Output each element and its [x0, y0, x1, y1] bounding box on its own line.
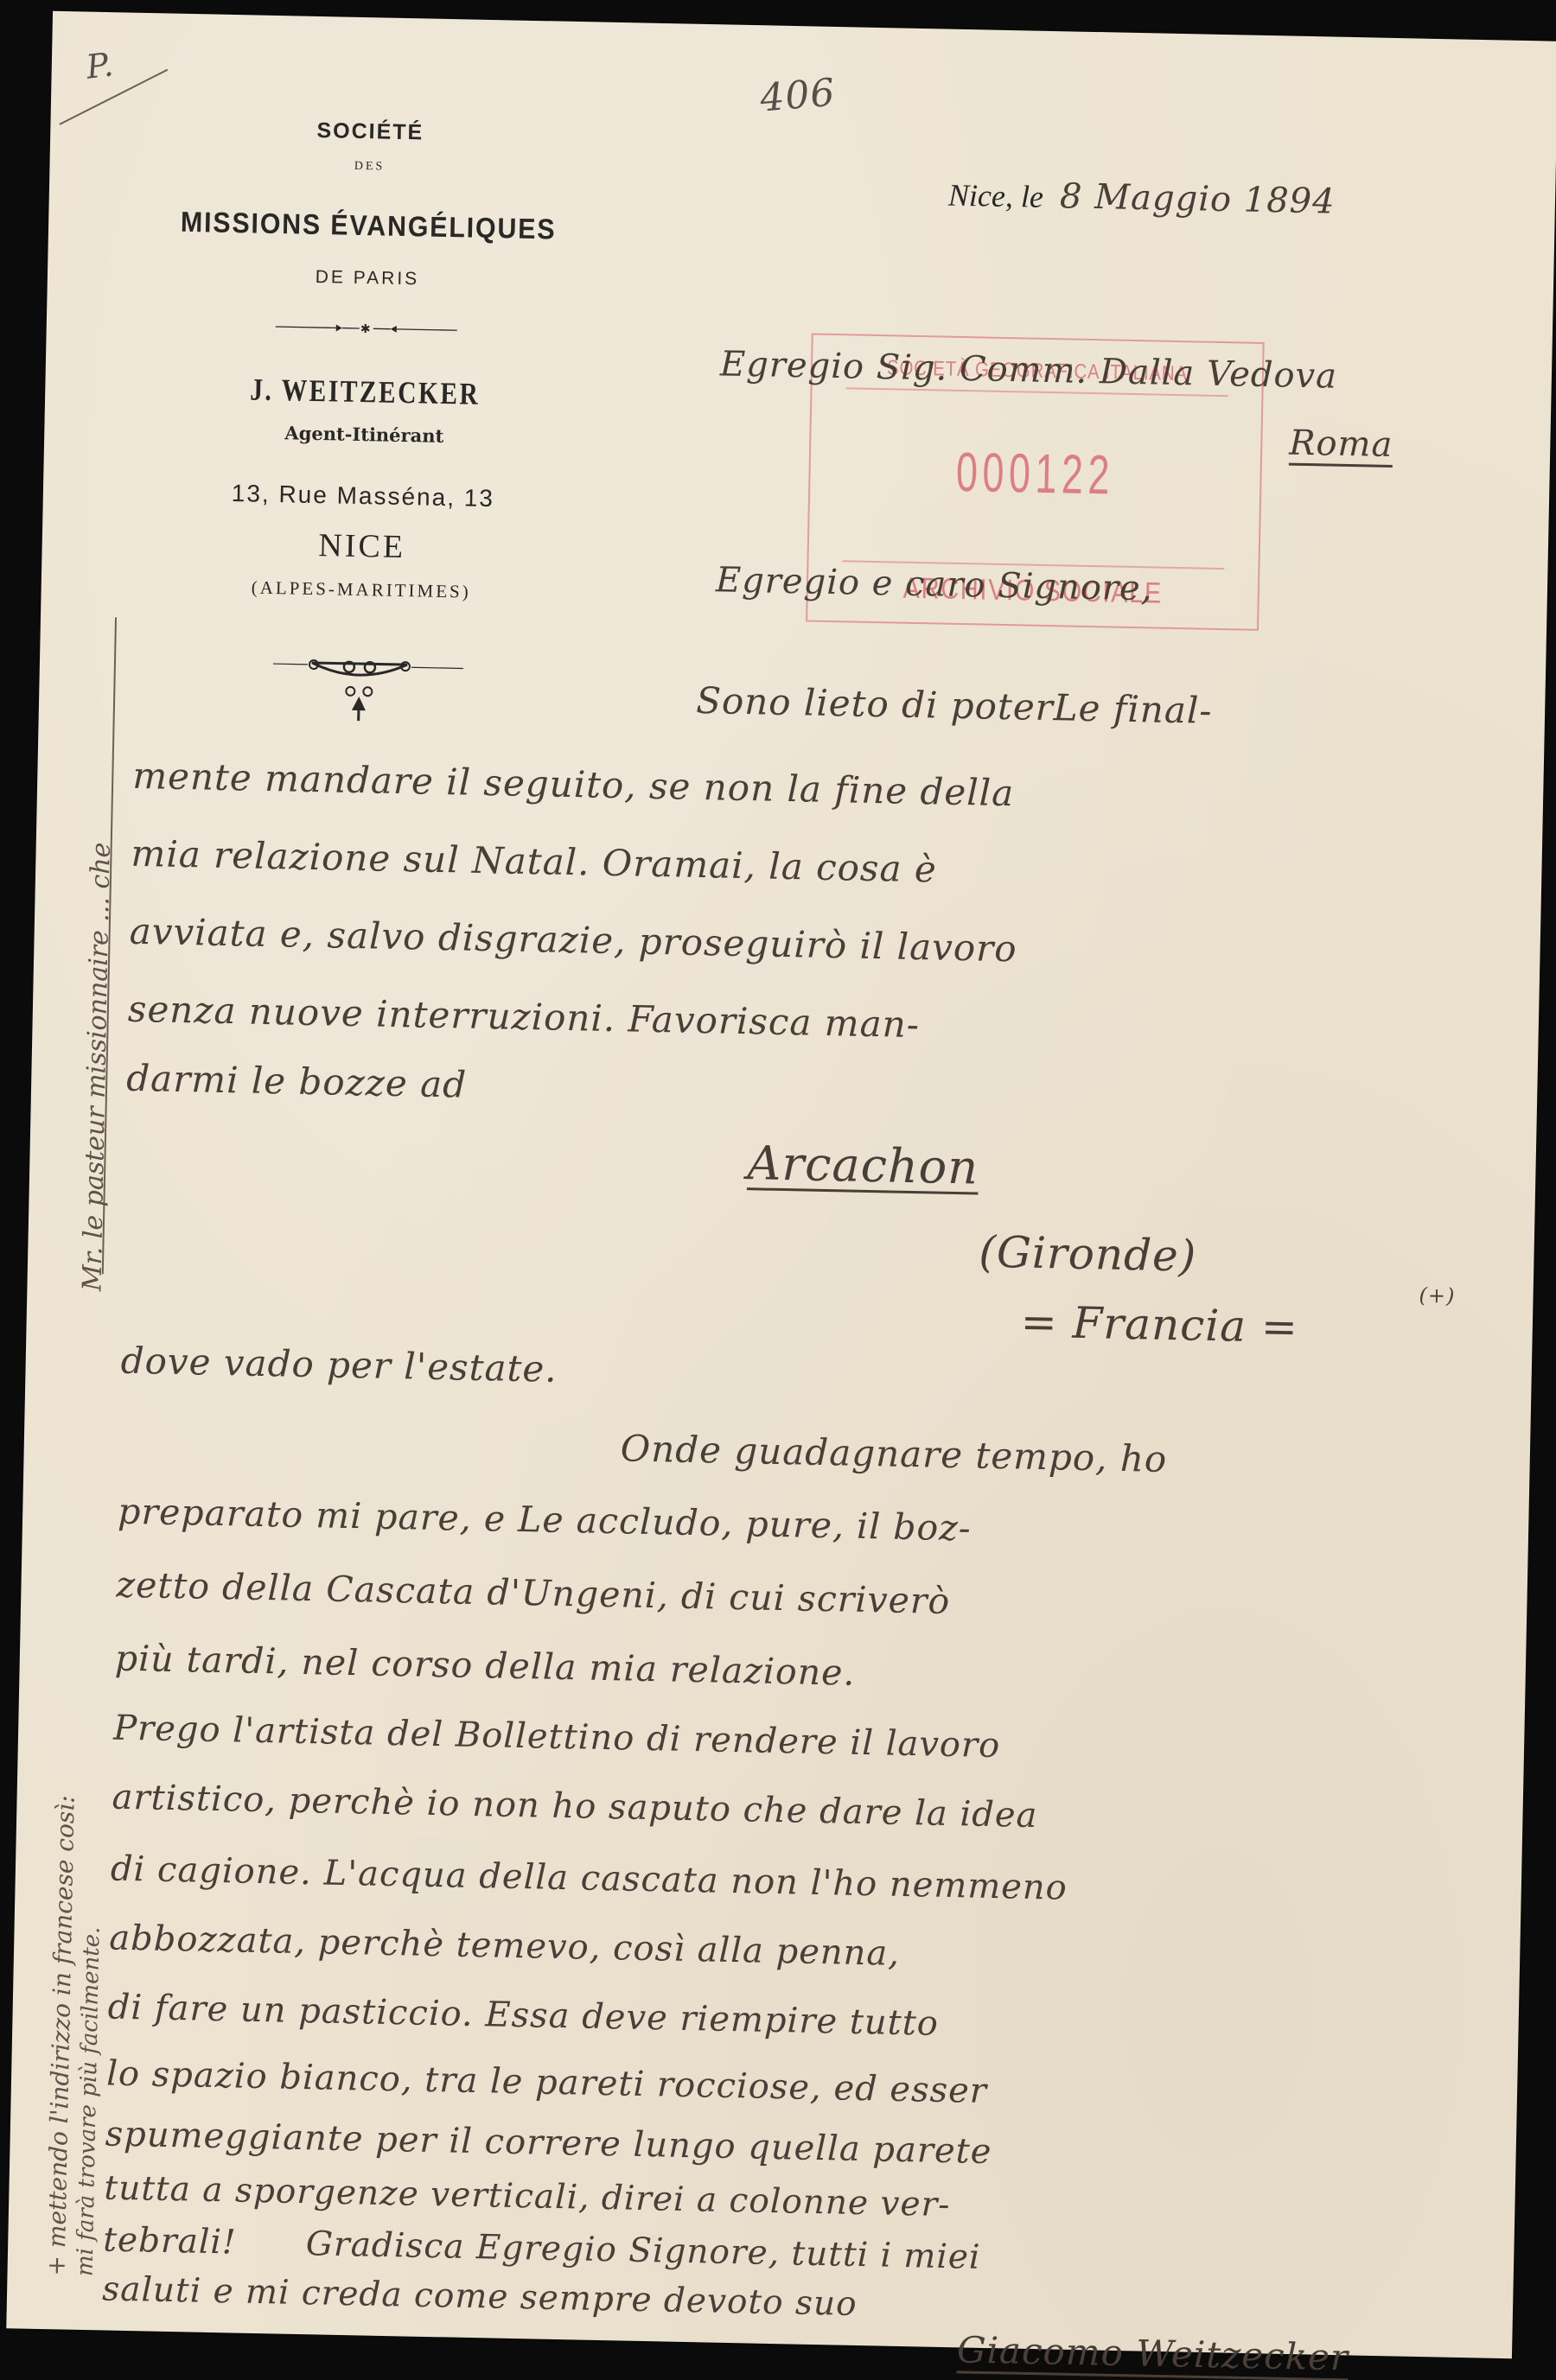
body2-line-9: abbozzata, perchè temevo, così alla penn…	[109, 1919, 901, 1974]
ornament-icon	[134, 651, 585, 729]
body-line-6: darmi le bozze ad	[126, 1057, 468, 1106]
letterhead-missions: MISSIONS ÉVANGÉLIQUES	[162, 205, 576, 246]
footnote-mark: (+)	[1419, 1283, 1455, 1308]
body-line-4: avviata e, salvo disgrazie, proseguirò i…	[129, 910, 1017, 970]
letterhead-name: J. WEITZECKER	[181, 370, 550, 414]
body2-line-6: Prego l'artista del Bollettino di render…	[113, 1709, 1001, 1766]
corner-mark: P.	[84, 45, 116, 86]
body-line-1: Sono lieto di poterLe final-	[696, 679, 1213, 732]
body2-line-14: tebrali! Gradisca Egregio Signore, tutti…	[103, 2220, 981, 2276]
body2-line-11: lo spazio bianco, tra le pareti rocciose…	[106, 2054, 988, 2111]
letterhead-societe: SOCIÉTÉ	[145, 115, 595, 149]
body2-line-5: più tardi, nel corso della mia relazione…	[114, 1638, 856, 1694]
margin-note-upper: Mr. le pasteur missionnaire ... che	[77, 842, 116, 1291]
salutation: Egregio e caro Signore,	[716, 560, 1153, 608]
archive-number: 406	[758, 71, 837, 121]
letterhead: SOCIÉTÉ DES MISSIONS ÉVANGÉLIQUES DE PAR…	[53, 11, 1556, 41]
place-region: (Gironde)	[979, 1227, 1197, 1282]
body-line-5: senza nuove interruzioni. Favorisca man-	[127, 988, 920, 1046]
body2-line-15: saluti e mi creda come sempre devoto suo	[102, 2269, 858, 2324]
letterhead-paris: DE PARIS	[143, 264, 592, 293]
letterhead-divider: ✱	[142, 317, 591, 340]
body2-line-4: zetto della Cascata d'Ungeni, di cui scr…	[116, 1564, 951, 1622]
letter-page: P. 406 SOCIÉTÉ DES MISSIONS ÉVANGÉLIQUES…	[6, 11, 1556, 2358]
margin-note-lower-2: mi farà trovare più facilmente.	[72, 1926, 105, 2276]
dateline-date: 8 Maggio 1894	[1060, 176, 1336, 221]
place-country: = Francia =	[1020, 1297, 1298, 1352]
body-line-2: mente mandare il seguito, se non la fine…	[132, 754, 1015, 814]
place-name: Arcachon	[747, 1136, 979, 1194]
body2-line-8: di cagione. L'acqua della cascata non l'…	[110, 1849, 1068, 1908]
body2-line-2: Onde guadagnare tempo, ho	[620, 1427, 1167, 1480]
body2-line-3: preparato mi pare, e Le accludo, pure, i…	[118, 1491, 972, 1550]
dateline-printed: Nice, le	[948, 178, 1044, 214]
stamp-number: 000122	[877, 438, 1193, 508]
letterhead-title: Agent-Itinérant	[139, 419, 589, 449]
body2-line-1: dove vado per l'estate.	[120, 1340, 558, 1390]
dateline: Nice, le 8 Maggio 1894	[948, 175, 1336, 222]
signature: Giacomo Weitzecker	[956, 2328, 1349, 2378]
body2-line-12: spumeggiante per il correre lungo quella…	[105, 2115, 992, 2173]
body2-line-13: tutta a sporgenze verticali, direi a col…	[104, 2168, 951, 2224]
letterhead-address: 13, Rue Masséna, 13	[138, 478, 589, 514]
body2-line-10: di fare un pasticcio. Essa deve riempire…	[107, 1988, 939, 2044]
letterhead-des: DES	[144, 156, 594, 178]
letterhead-region: (ALPES-MARITIMES)	[137, 575, 586, 605]
body-line-3: mia relazione sul Natal. Oramai, la cosa…	[131, 832, 937, 891]
body2-line-7: artistico, perchè io non ho saputo che d…	[112, 1778, 1038, 1836]
letterhead-city: NICE	[137, 523, 587, 570]
addressee-city: Roma	[1289, 423, 1393, 465]
svg-text:✱: ✱	[360, 322, 371, 336]
